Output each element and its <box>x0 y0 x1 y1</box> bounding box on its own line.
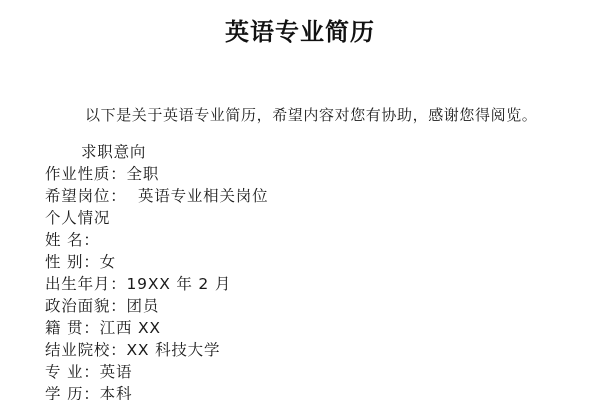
field-value: 本科 <box>100 385 133 400</box>
field-label: 学 历： <box>45 385 100 400</box>
field-label: 性 别： <box>45 253 100 271</box>
field-value: 团员 <box>127 297 160 315</box>
field-label: 希望岗位： <box>45 187 127 205</box>
intro-paragraph: 以下是关于英语专业简历，希望内容对您有协助，感谢您得阅览。 <box>85 104 537 126</box>
field-value: 全职 <box>127 165 160 183</box>
field-birth: 出生年月：19XX 年 2 月 <box>45 273 268 295</box>
field-school: 结业院校：XX 科技大学 <box>45 339 268 361</box>
field-value: 19XX 年 2 月 <box>127 275 232 293</box>
field-value: 英语 <box>100 363 133 381</box>
field-major: 专 业：英语 <box>45 361 268 383</box>
field-label: 专 业： <box>45 363 100 381</box>
document-title: 英语专业简历 <box>0 14 600 50</box>
section-heading-job-intent: 求职意向 <box>45 141 268 163</box>
field-label: 姓 名： <box>45 231 100 249</box>
field-degree: 学 历：本科 <box>45 383 268 400</box>
field-label: 出生年月： <box>45 275 127 293</box>
field-label: 作业性质： <box>45 165 127 183</box>
field-desired-position: 希望岗位： 英语专业相关岗位 <box>45 185 268 207</box>
field-value: 江西 XX <box>100 319 161 337</box>
field-value: 英语专业相关岗位 <box>138 187 268 205</box>
resume-body: 求职意向 作业性质：全职 希望岗位： 英语专业相关岗位 个人情况 姓 名： 性 … <box>45 141 268 400</box>
section-heading-personal-info: 个人情况 <box>45 207 268 229</box>
field-work-type: 作业性质：全职 <box>45 163 268 185</box>
field-value: XX 科技大学 <box>127 341 221 359</box>
field-value: 女 <box>100 253 116 271</box>
field-political-status: 政治面貌：团员 <box>45 295 268 317</box>
field-label: 结业院校： <box>45 341 127 359</box>
field-label: 籍 贯： <box>45 319 100 337</box>
field-name: 姓 名： <box>45 229 268 251</box>
field-gender: 性 别：女 <box>45 251 268 273</box>
field-native-place: 籍 贯：江西 XX <box>45 317 268 339</box>
field-label: 政治面貌： <box>45 297 127 315</box>
